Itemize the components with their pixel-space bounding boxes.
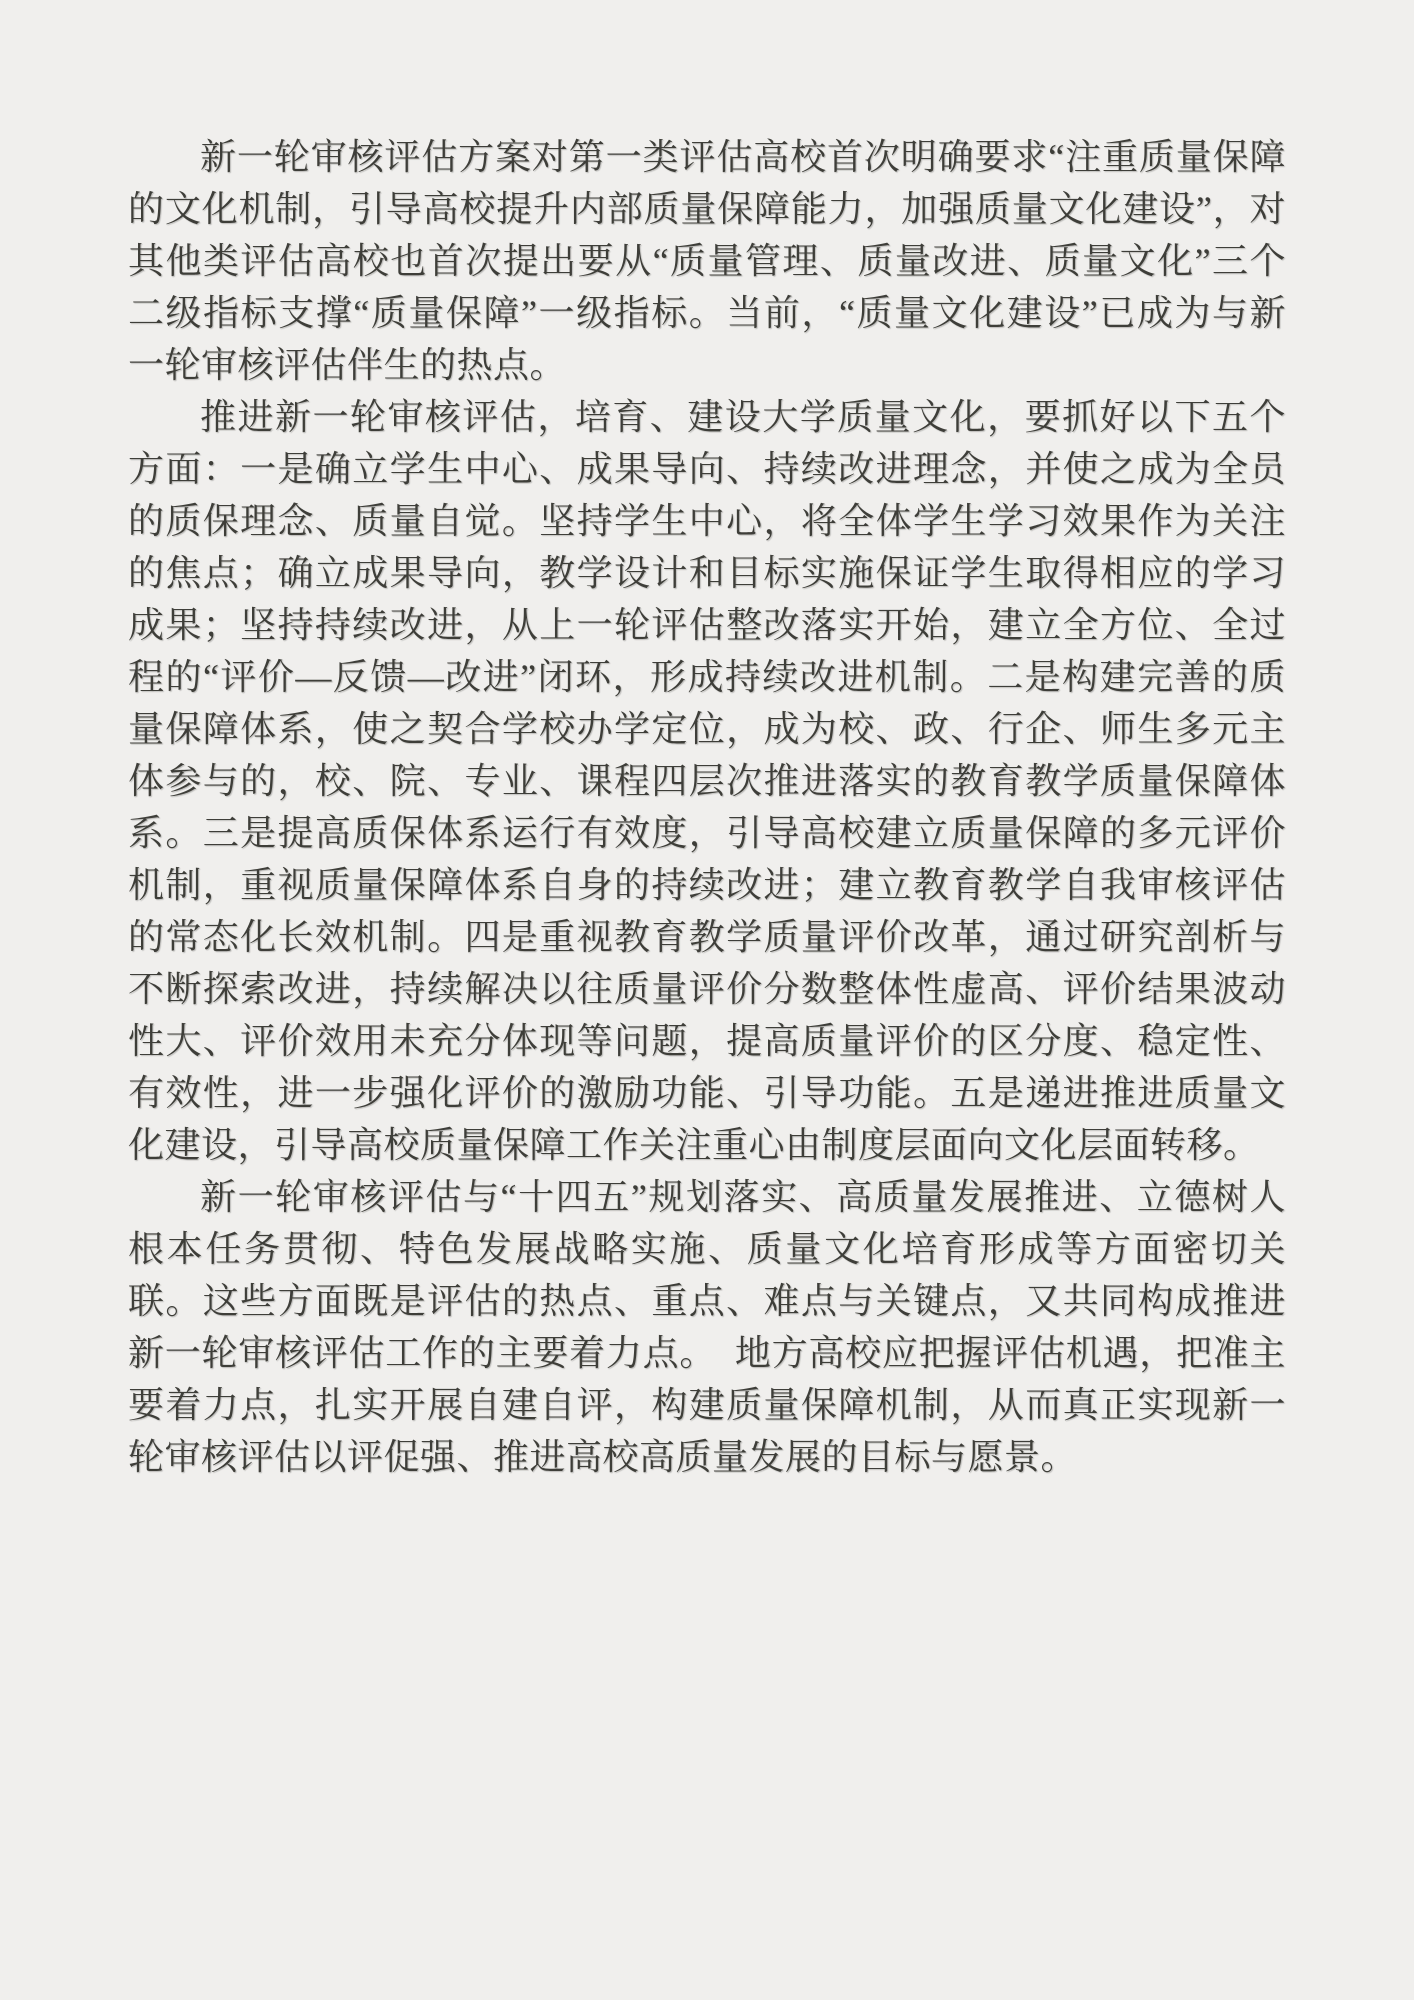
document-page: 新一轮审核评估方案对第一类评估高校首次明确要求“注重质量保障的文化机制，引导高校…	[0, 0, 1414, 2000]
paragraph-closing-outlook: 新一轮审核评估与“十四五”规划落实、高质量发展推进、立德树人根本任务贯彻、特色发…	[128, 1171, 1286, 1483]
paragraph-quality-assurance-requirements: 新一轮审核评估方案对第一类评估高校首次明确要求“注重质量保障的文化机制，引导高校…	[128, 131, 1286, 391]
body-text: 新一轮审核评估方案对第一类评估高校首次明确要求“注重质量保障的文化机制，引导高校…	[128, 131, 1286, 1483]
paragraph-five-aspects: 推进新一轮审核评估，培育、建设大学质量文化，要抓好以下五个方面：一是确立学生中心…	[128, 391, 1286, 1171]
